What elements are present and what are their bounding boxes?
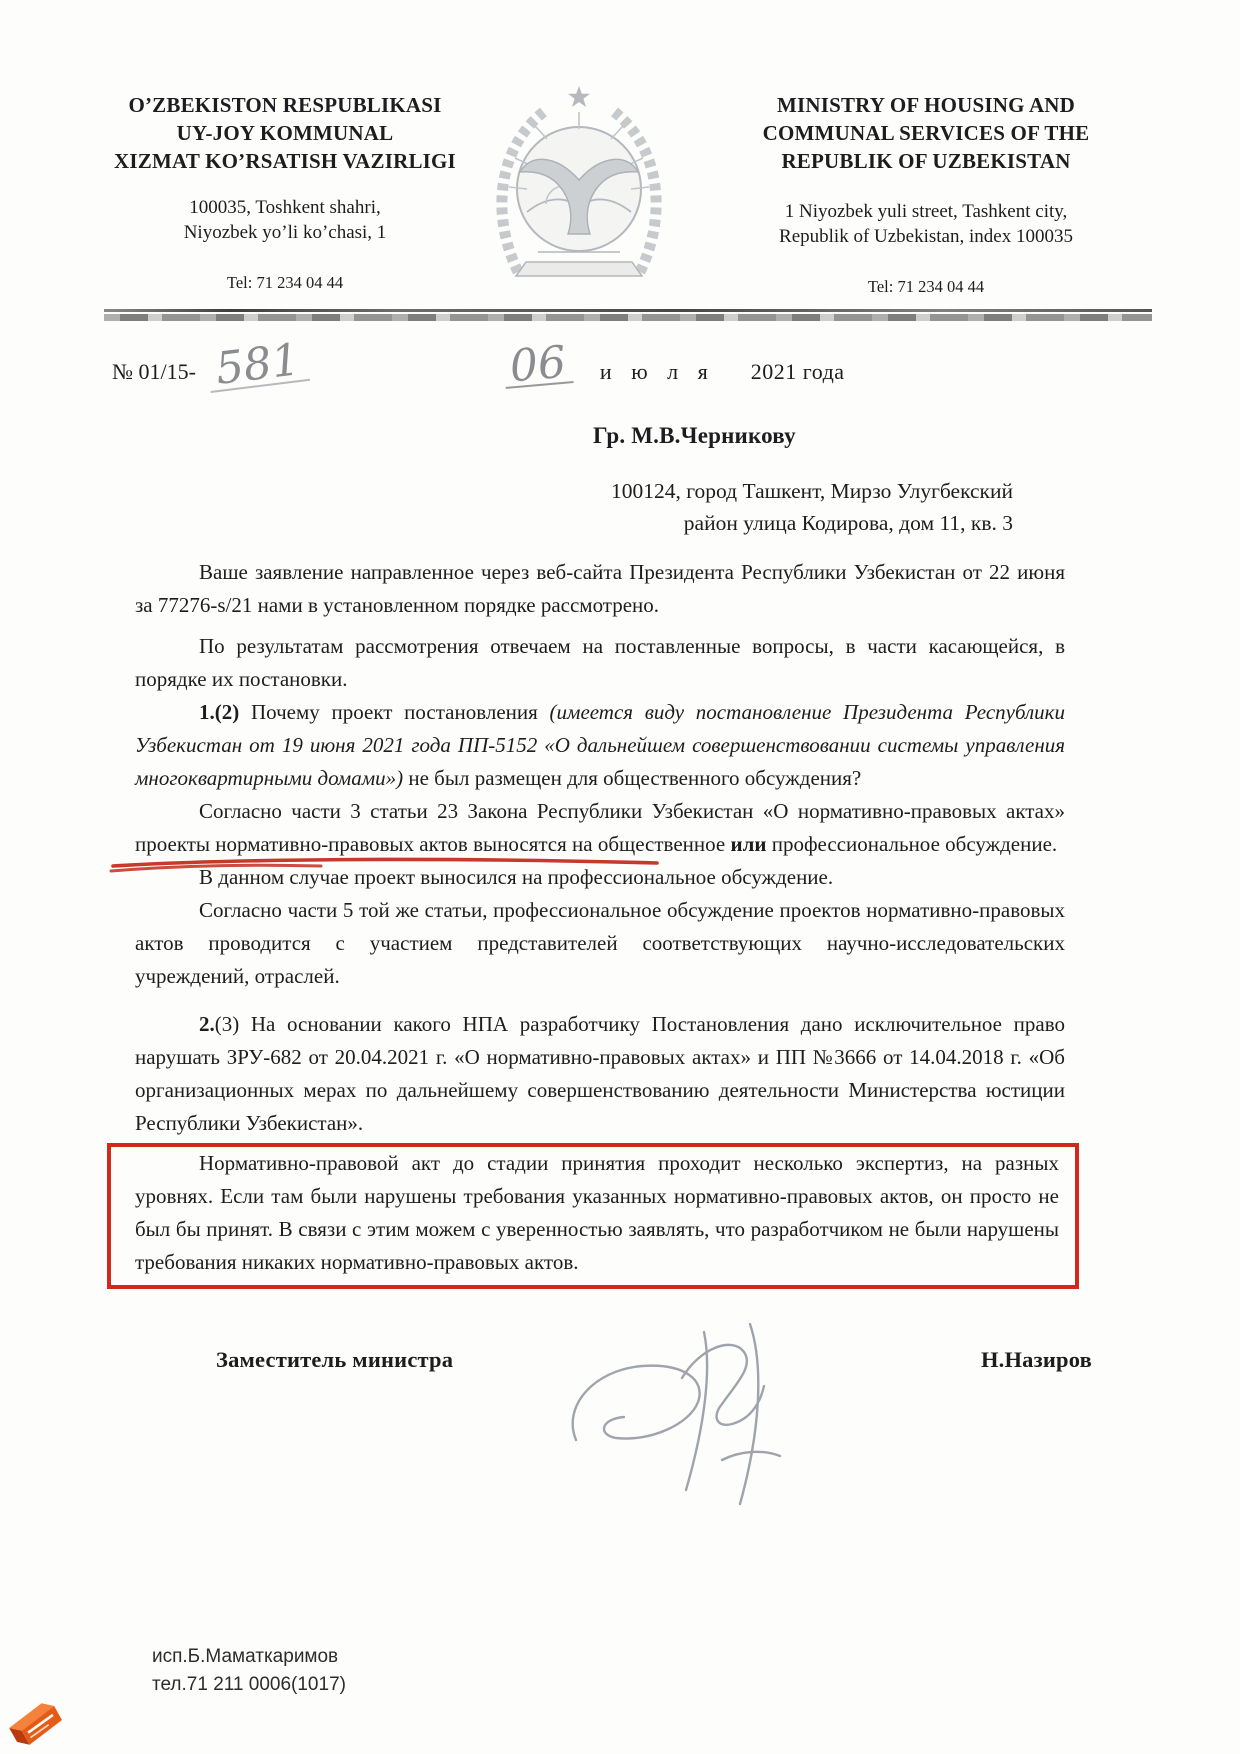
recipient-address-line: 100124, город Ташкент, Мирзо Улугбекский bbox=[497, 475, 1013, 507]
body-paragraph-6: Согласно части 5 той же статьи, професси… bbox=[135, 894, 1065, 993]
paragraph-text: не был размещен для общественного обсужд… bbox=[403, 766, 861, 790]
recipient-address-line: район улица Кодирова, дом 11, кв. 3 bbox=[497, 507, 1013, 539]
org-title-line: REPUBLIK OF UZBEKISTAN bbox=[678, 148, 1174, 176]
reference-line: № 01/15- 581 06 и ю л я 2021 года bbox=[112, 347, 1240, 399]
letterhead-left-block: O’ZBEKISTON RESPUBLIKASI UY-JOY KOMMUNAL… bbox=[96, 92, 474, 293]
letter-body: Ваше заявление направленное через веб-са… bbox=[135, 556, 1065, 1289]
org-phone-left: Tel: 71 234 04 44 bbox=[96, 273, 474, 293]
body-paragraph-1: Ваше заявление направленное через веб-са… bbox=[135, 556, 1065, 622]
org-title-line: O’ZBEKISTON RESPUBLIKASI bbox=[96, 92, 474, 120]
executor-footer: исп.Б.Маматкаримов тел.71 211 0006(1017) bbox=[152, 1643, 346, 1698]
recipient-block: Гр. М.В.Черникову 100124, город Ташкент,… bbox=[497, 423, 1013, 540]
org-title-line: MINISTRY OF HOUSING AND bbox=[678, 92, 1174, 120]
paragraph-text: Почему проект постановления bbox=[239, 700, 549, 724]
letterhead-right-block: MINISTRY OF HOUSING AND COMMUNAL SERVICE… bbox=[678, 92, 1174, 297]
date-month: и ю л я bbox=[600, 359, 715, 385]
org-title-uzbek: O’ZBEKISTON RESPUBLIKASI UY-JOY KOMMUNAL… bbox=[96, 92, 474, 176]
signer-name: Н.Назиров bbox=[981, 1347, 1092, 1373]
separator-rule-thick-line bbox=[104, 314, 1152, 321]
letterhead: O’ZBEKISTON RESPUBLIKASI UY-JOY KOMMUNAL… bbox=[0, 0, 1240, 297]
paragraph-number: 2. bbox=[199, 1012, 215, 1036]
scanned-letter-page: O’ZBEKISTON RESPUBLIKASI UY-JOY KOMMUNAL… bbox=[0, 0, 1240, 1754]
executor-phone: тел.71 211 0006(1017) bbox=[152, 1671, 346, 1699]
signer-position-title: Заместитель министра bbox=[216, 1347, 453, 1373]
body-paragraph-3: 1.(2) Почему проект постановления (имеет… bbox=[135, 696, 1065, 795]
paragraph-text: (3) На основании какого НПА разработчику… bbox=[135, 1012, 1065, 1135]
paragraph-text-red-underlined: профессиональное обсуждение. bbox=[766, 832, 1057, 856]
paragraph-text-bold: или bbox=[730, 832, 766, 856]
org-address-line: 1 Niyozbek yuli street, Tashkent city, bbox=[678, 199, 1174, 225]
org-title-line: UY-JOY KOMMUNAL bbox=[96, 120, 474, 148]
recipient-address: 100124, город Ташкент, Мирзо Улугбекский… bbox=[497, 475, 1013, 540]
org-address-line: Niyozbek yo’li ko’chasi, 1 bbox=[96, 220, 474, 246]
red-pen-box-annotation: Нормативно-правовой акт до стадии принят… bbox=[107, 1143, 1079, 1289]
separator-rule bbox=[104, 309, 1152, 321]
state-emblem-icon bbox=[484, 82, 674, 293]
separator-rule-thin-line bbox=[104, 309, 1152, 312]
signature-row: Заместитель министра Н.Назиров bbox=[216, 1347, 1092, 1373]
body-paragraph-5: В данном случае проект выносился на проф… bbox=[135, 861, 1065, 894]
executor-name: исп.Б.Маматкаримов bbox=[152, 1643, 346, 1671]
handwritten-reference-number: 581 bbox=[206, 341, 310, 393]
org-address-english: 1 Niyozbek yuli street, Tashkent city, R… bbox=[678, 199, 1174, 250]
converter-watermark-icon bbox=[3, 1692, 69, 1754]
body-paragraph-2: По результатам рассмотрения отвечаем на … bbox=[135, 630, 1065, 696]
date-year: 2021 года bbox=[751, 359, 845, 385]
org-address-uzbek: 100035, Toshkent shahri, Niyozbek yo’li … bbox=[96, 195, 474, 246]
org-title-line: COMMUNAL SERVICES OF THE bbox=[678, 120, 1174, 148]
body-paragraph-8: Нормативно-правовой акт до стадии принят… bbox=[135, 1147, 1059, 1279]
reference-prefix: № 01/15- bbox=[112, 359, 196, 385]
body-paragraph-7: 2.(3) На основании какого НПА разработчи… bbox=[135, 1008, 1065, 1140]
body-paragraph-4: Согласно части 3 статьи 23 Закона Респуб… bbox=[135, 795, 1065, 861]
paragraph-number: 1.(2) bbox=[199, 700, 239, 724]
org-phone-right: Tel: 71 234 04 44 bbox=[678, 277, 1174, 297]
org-address-line: Republik of Uzbekistan, index 100035 bbox=[678, 224, 1174, 250]
org-title-english: MINISTRY OF HOUSING AND COMMUNAL SERVICE… bbox=[678, 92, 1174, 176]
org-title-line: XIZMAT KO’RSATISH VAZIRLIGI bbox=[96, 148, 474, 176]
handwritten-date-day: 06 bbox=[502, 344, 573, 389]
recipient-name: Гр. М.В.Черникову bbox=[497, 423, 1013, 449]
org-address-line: 100035, Toshkent shahri, bbox=[96, 195, 474, 221]
